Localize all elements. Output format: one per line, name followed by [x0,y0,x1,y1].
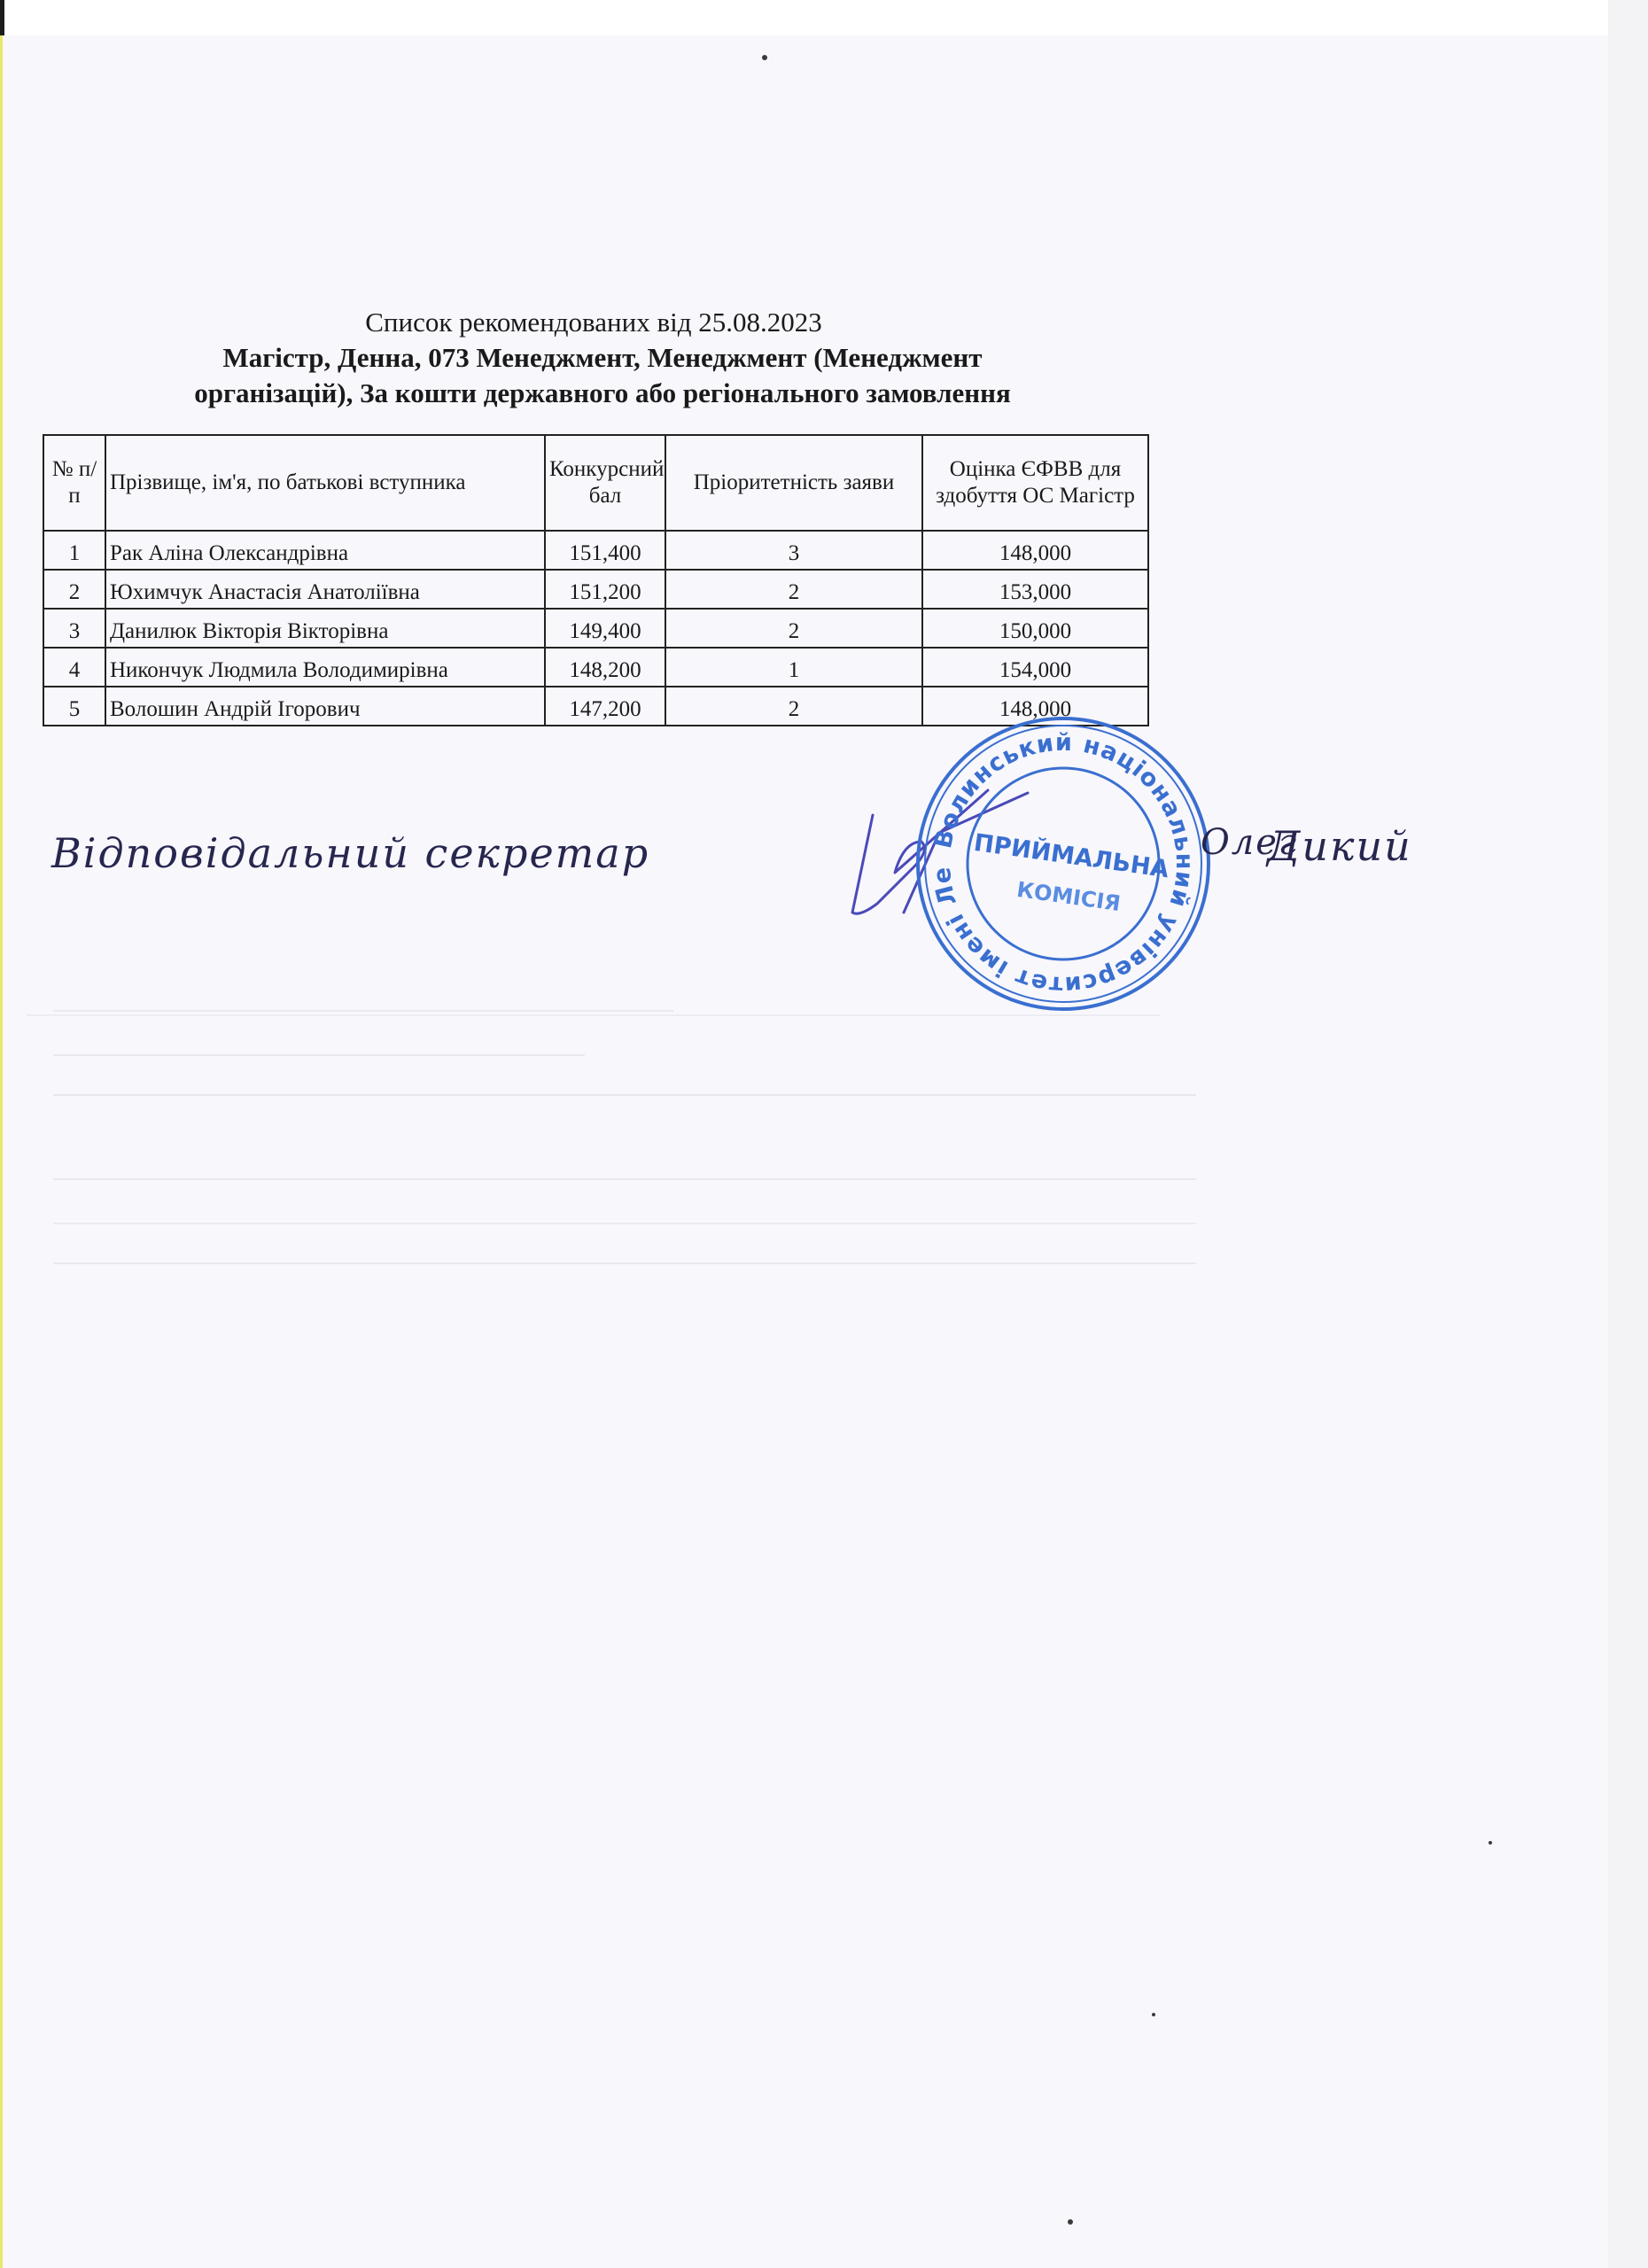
cell-competitive-score: 151,400 [545,531,665,570]
scan-speck [762,55,767,60]
recommended-applicants-table: № п/п Прізвище, ім'я, по батькові вступн… [43,434,1149,726]
header-efvv-score: Оцінка ЄФВВ для здобуття ОС Магістр [922,435,1148,531]
header-priority: Пріоритетність заяви [665,435,922,531]
subtitle-line-1: Магістр, Денна, 073 Менеджмент, Менеджме… [27,340,1178,376]
cell-name: Никончук Людмила Володимирівна [105,648,545,687]
cell-competitive-score: 149,400 [545,609,665,648]
cell-number: 5 [43,687,105,726]
subtitle-line-2: організацій), За кошти державного або ре… [27,376,1178,411]
cell-number: 4 [43,648,105,687]
scan-speck [1152,2013,1155,2016]
document-title: Список рекомендованих від 25.08.2023 [0,305,1187,340]
university-stamp: Волинський національний університет імен… [913,713,1214,1014]
scan-right-margin [1608,0,1648,2268]
cell-efvv-score: 154,000 [922,648,1148,687]
scan-top-strip [0,0,1648,35]
cell-name: Рак Аліна Олександрівна [105,531,545,570]
stamp-center-line-2: КОМІСІЯ [1015,877,1123,916]
cell-priority: 2 [665,687,922,726]
cell-efvv-score: 153,000 [922,570,1148,609]
cell-competitive-score: 148,200 [545,648,665,687]
cell-priority: 2 [665,609,922,648]
handwritten-last-name: Дикий [1267,822,1412,870]
cell-name: Данилюк Вікторія Вікторівна [105,609,545,648]
cell-number: 1 [43,531,105,570]
header-number: № п/п [43,435,105,531]
stamp-center-line-1: ПРИЙМАЛЬНА [972,828,1170,884]
cell-efvv-score: 148,000 [922,531,1148,570]
cell-efvv-score: 150,000 [922,609,1148,648]
cell-priority: 1 [665,648,922,687]
cell-number: 2 [43,570,105,609]
scan-edge-shadow [0,0,4,35]
scan-speck [1489,1841,1492,1845]
cell-competitive-score: 147,200 [545,687,665,726]
document-subtitle: Магістр, Денна, 073 Менеджмент, Менеджме… [27,340,1178,411]
table-row: 4 Никончук Людмила Володимирівна 148,200… [43,648,1148,687]
table-header-row: № п/п Прізвище, ім'я, по батькові вступн… [43,435,1148,531]
handwritten-role: Відповідальний секретар [51,829,649,877]
header-competitive-score: Конкурсний бал [545,435,665,531]
header-name: Прізвище, ім'я, по батькові вступника [105,435,545,531]
cell-competitive-score: 151,200 [545,570,665,609]
cell-priority: 3 [665,531,922,570]
scan-left-edge [0,35,3,2268]
cell-number: 3 [43,609,105,648]
cell-priority: 2 [665,570,922,609]
table-row: 1 Рак Аліна Олександрівна 151,400 3 148,… [43,531,1148,570]
table-row: 3 Данилюк Вікторія Вікторівна 149,400 2 … [43,609,1148,648]
table-row: 2 Юхимчук Анастасія Анатоліївна 151,200 … [43,570,1148,609]
scan-speck [1068,2219,1073,2225]
cell-name: Волошин Андрій Ігорович [105,687,545,726]
cell-name: Юхимчук Анастасія Анатоліївна [105,570,545,609]
